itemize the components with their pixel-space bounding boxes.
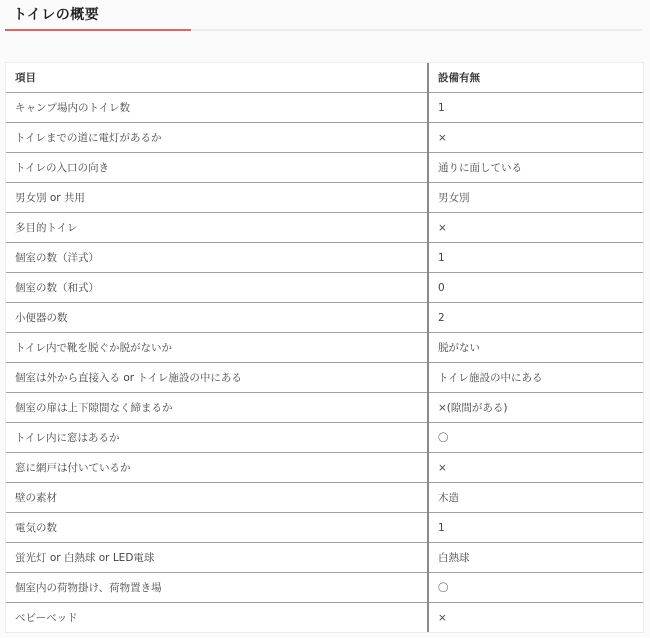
row-value: × [428,453,643,483]
table-row: 男女別 or 共用 男女別 [6,183,643,213]
row-item: 個室内の荷物掛け、荷物置き場 [6,573,428,603]
header-value: 設備有無 [428,63,643,93]
row-item: トイレ内で靴を脱ぐか脱がないか [6,333,428,363]
row-value: 1 [428,243,643,273]
table-row: 個室の数（洋式） 1 [6,243,643,273]
row-item: ベビーベッド [6,603,428,633]
toilet-overview-table: 項目 設備有無 キャンプ場内のトイレ数 1 トイレまでの道に電灯があるか × ト… [5,62,644,633]
heading-underline [5,29,642,31]
row-item: トイレまでの道に電灯があるか [6,123,428,153]
row-item: 個室は外から直接入る or トイレ施設の中にある [6,363,428,393]
row-value: 脱がない [428,333,643,363]
table-header-row: 項目 設備有無 [6,63,643,93]
row-item: トイレの入口の向き [6,153,428,183]
table-row: 電気の数 1 [6,513,643,543]
table-row: 窓に網戸は付いているか × [6,453,643,483]
heading-underline-accent [5,29,191,31]
table-row: 個室の数（和式） 0 [6,273,643,303]
row-value: 白熱球 [428,543,643,573]
row-value: 2 [428,303,643,333]
header-item: 項目 [6,63,428,93]
row-item: 個室の扉は上下隙間なく締まるか [6,393,428,423]
row-item: トイレ内に窓はあるか [6,423,428,453]
row-value: ×(隙間がある) [428,393,643,423]
row-value: × [428,213,643,243]
table-row: ベビーベッド × [6,603,643,633]
row-item: 壁の素材 [6,483,428,513]
row-item: 電気の数 [6,513,428,543]
row-value: × [428,123,643,153]
row-value: × [428,603,643,633]
row-value: 〇 [428,423,643,453]
row-value: 1 [428,513,643,543]
section-heading: トイレの概要 [13,4,99,24]
row-item: 窓に網戸は付いているか [6,453,428,483]
row-value: 通りに面している [428,153,643,183]
table-row: トイレ内に窓はあるか 〇 [6,423,643,453]
table-row: 多目的トイレ × [6,213,643,243]
table-row: トイレまでの道に電灯があるか × [6,123,643,153]
row-value: 男女別 [428,183,643,213]
row-item: 個室の数（和式） [6,273,428,303]
table-row: 蛍光灯 or 白熱球 or LED電球 白熱球 [6,543,643,573]
table-row: 個室内の荷物掛け、荷物置き場 〇 [6,573,643,603]
row-value: 1 [428,93,643,123]
table-row: トイレの入口の向き 通りに面している [6,153,643,183]
row-value: 0 [428,273,643,303]
table-row: 個室の扉は上下隙間なく締まるか ×(隙間がある) [6,393,643,423]
table-row: トイレ内で靴を脱ぐか脱がないか 脱がない [6,333,643,363]
row-item: 蛍光灯 or 白熱球 or LED電球 [6,543,428,573]
row-item: 男女別 or 共用 [6,183,428,213]
row-value: 〇 [428,573,643,603]
table-row: 小便器の数 2 [6,303,643,333]
row-value: トイレ施設の中にある [428,363,643,393]
row-item: 多目的トイレ [6,213,428,243]
table-row: 壁の素材 木造 [6,483,643,513]
row-item: 小便器の数 [6,303,428,333]
row-item: 個室の数（洋式） [6,243,428,273]
row-value: 木造 [428,483,643,513]
table-row: キャンプ場内のトイレ数 1 [6,93,643,123]
table-row: 個室は外から直接入る or トイレ施設の中にある トイレ施設の中にある [6,363,643,393]
row-item: キャンプ場内のトイレ数 [6,93,428,123]
